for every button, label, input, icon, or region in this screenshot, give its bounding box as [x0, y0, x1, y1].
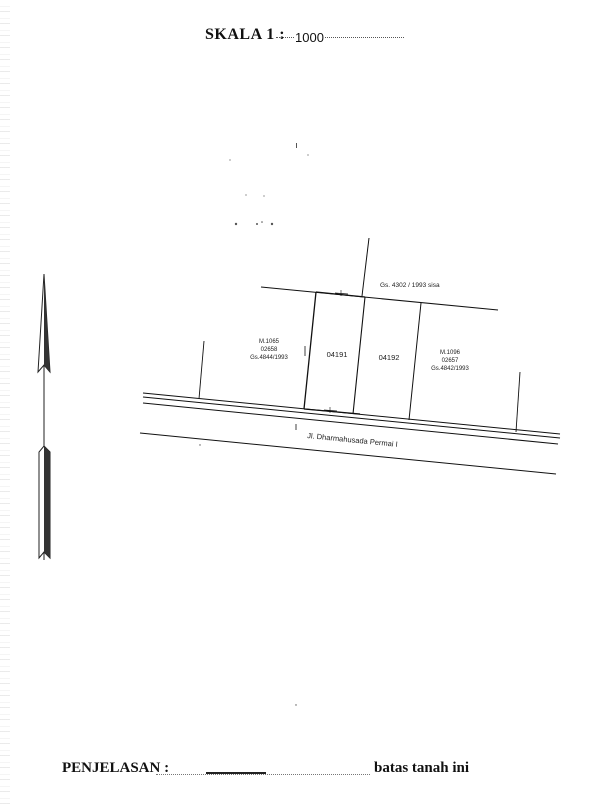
explanation-label: PENJELASAN :	[62, 760, 169, 777]
parcel-04192-label: 04192	[379, 353, 400, 362]
west-neighbor-line3: Gs.4844/1993	[250, 355, 288, 361]
legend-description: batas tanah ini	[374, 760, 469, 777]
north-arrow-icon	[38, 274, 50, 560]
north-neighbor-label: Gs. 4302 / 1993 sisa	[380, 282, 440, 289]
west-neighbor-line1: M.1065	[259, 339, 280, 345]
road-name-label: Jl. Dharmahusada Permai I	[307, 431, 398, 449]
scan-noise	[199, 143, 308, 706]
west-neighbor-line2: 02658	[261, 347, 278, 353]
east-neighbor-line1: M.1096	[440, 350, 461, 356]
legend-dotted-line	[156, 774, 370, 775]
east-neighbor-line3: Gs.4842/1993	[431, 366, 469, 372]
land-map: Gs. 4302 / 1993 sisa M.1065 02658 Gs.484…	[0, 0, 596, 804]
legend-boundary-line-sample	[206, 772, 266, 774]
parcel-04191-label: 04191	[327, 350, 348, 359]
east-neighbor-line2: 02657	[442, 358, 459, 364]
